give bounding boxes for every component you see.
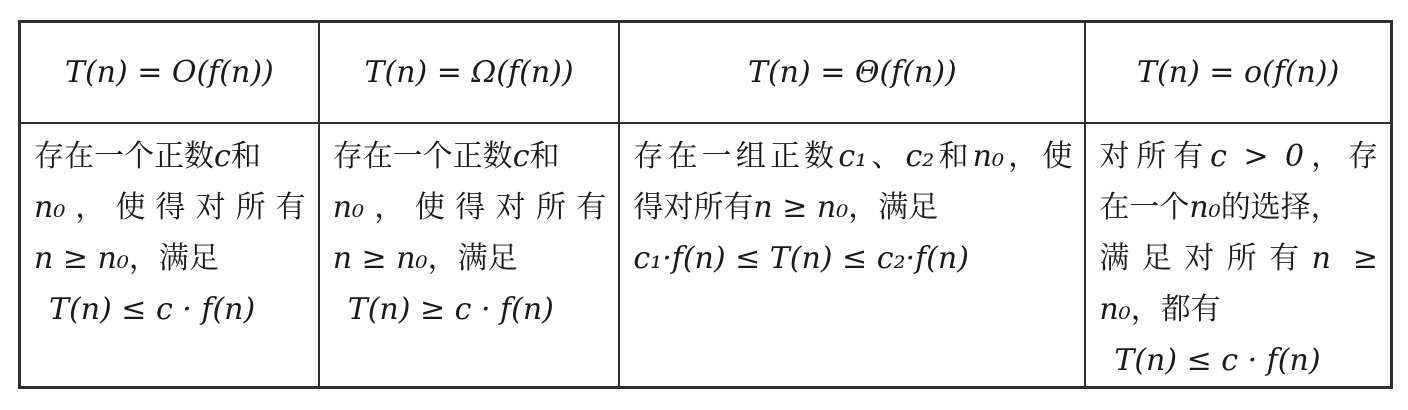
definition-text: ，满足 [848, 191, 938, 224]
definition-line: 存在一个正数c和 [333, 131, 607, 182]
definition-line: n₀，使得对所有 [333, 182, 607, 233]
definition-cell-little-o: 对所有c > 0，存在一个n₀的选择，满足对所有n ≥n₀，都有T(n) ≤ c… [1086, 124, 1390, 386]
formula-text: T(n) ≤ c · f(n) [1114, 343, 1320, 378]
definition-line: n₀，都有 [1099, 284, 1378, 335]
formula-text: n₀ [34, 190, 65, 225]
formula-text: T(n) ≤ c · f(n) [49, 292, 255, 327]
formula-text: n ≥ n₀ [34, 241, 129, 276]
definition-text: 和 [530, 140, 560, 173]
header-cell-big-omega: T(n) = Ω(f(n)) [320, 23, 621, 124]
definition-line: 存在一个正数c和 [34, 131, 306, 182]
header-cell-big-theta: T(n) = Θ(f(n)) [620, 23, 1086, 124]
formula-text: T(n) = Ω(f(n)) [364, 55, 573, 90]
definition-text: ，满足 [129, 242, 219, 275]
definition-text: 存在一个正数 [333, 140, 513, 173]
definition-line: 在一个n₀的选择， [1099, 182, 1378, 233]
asymptotic-notation-table: T(n) = O(f(n))T(n) = Ω(f(n))T(n) = Θ(f(n… [18, 20, 1393, 389]
formula-text: c [513, 139, 530, 174]
definition-line: n ≥ n₀，满足 [34, 233, 306, 284]
formula-text: n ≥ [1312, 241, 1378, 276]
definition-text: ，使得对所有 [364, 191, 606, 224]
definition-line: n₀，使得对所有 [34, 182, 306, 233]
header-cell-little-o: T(n) = o(f(n)) [1086, 23, 1390, 124]
definition-text: ，使得对所有 [65, 191, 305, 224]
formula-text: c₂ [906, 139, 935, 174]
formula-text: T(n) = o(f(n)) [1137, 55, 1339, 90]
definition-line: c₁·f(n) ≤ T(n) ≤ c₂·f(n) [633, 233, 1072, 284]
formula-text: c > 0 [1210, 139, 1304, 174]
formula-text: n₀ [333, 190, 364, 225]
definition-line: T(n) ≤ c · f(n) [1099, 335, 1378, 386]
definition-text: 和 [934, 140, 972, 173]
formula-text: n₀ [1189, 190, 1220, 225]
definition-text: 存在一个正数 [34, 140, 214, 173]
definition-line: T(n) ≥ c · f(n) [333, 284, 607, 335]
definition-line: n ≥ n₀，满足 [333, 233, 607, 284]
formula-text: T(n) = O(f(n)) [65, 55, 274, 90]
definition-line: 对所有c > 0，存 [1099, 131, 1378, 182]
definition-text: 存在一组正数 [633, 140, 838, 173]
header-cell-big-o: T(n) = O(f(n)) [21, 23, 320, 124]
definition-line: 得对所有n ≥ n₀，满足 [633, 182, 1072, 233]
formula-text: c [214, 139, 231, 174]
definition-cell-big-omega: 存在一个正数c和n₀，使得对所有n ≥ n₀，满足T(n) ≥ c · f(n) [320, 124, 621, 386]
definition-line: 满足对所有n ≥ [1099, 233, 1378, 284]
definition-line: 存在一组正数c₁、c₂和n₀，使 [633, 131, 1072, 182]
definition-text: 对所有 [1099, 140, 1210, 173]
definition-text: ，满足 [428, 242, 518, 275]
definition-text: 满足对所有 [1099, 242, 1311, 275]
definition-line: T(n) ≤ c · f(n) [34, 284, 306, 335]
formula-text: T(n) ≥ c · f(n) [348, 292, 554, 327]
formula-text: n₀ [973, 139, 1004, 174]
definition-text: ，使 [1004, 140, 1072, 173]
definition-text: 在一个 [1099, 191, 1189, 224]
definition-text: 和 [231, 140, 261, 173]
definition-text: 的选择， [1221, 191, 1341, 224]
formula-text: c₁ [838, 139, 867, 174]
definition-text: ，存 [1304, 140, 1378, 173]
definition-cell-big-theta: 存在一组正数c₁、c₂和n₀，使得对所有n ≥ n₀，满足c₁·f(n) ≤ T… [620, 124, 1086, 386]
definition-text: ，都有 [1131, 293, 1221, 326]
formula-text: n ≥ n₀ [753, 190, 848, 225]
formula-text: c₁·f(n) ≤ T(n) ≤ c₂·f(n) [633, 241, 969, 276]
definition-cell-big-o: 存在一个正数c和n₀，使得对所有n ≥ n₀，满足T(n) ≤ c · f(n) [21, 124, 320, 386]
definition-text: 、 [867, 140, 905, 173]
definition-text: 得对所有 [633, 191, 753, 224]
formula-text: T(n) = Θ(f(n)) [748, 55, 957, 90]
formula-text: n ≥ n₀ [333, 241, 428, 276]
formula-text: n₀ [1099, 292, 1130, 327]
